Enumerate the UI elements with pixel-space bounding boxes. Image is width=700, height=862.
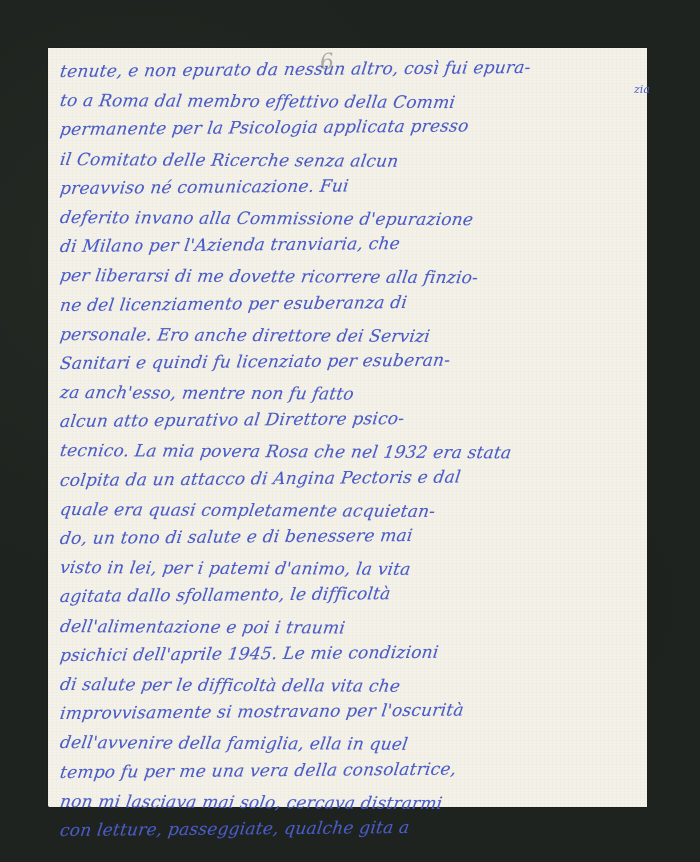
text-line: ne del licenziamento per esuberanza di — [58, 286, 653, 320]
text-line: agitata dallo sfollamento, le difficoltà — [58, 578, 653, 612]
text-line: con letture, passeggiate, qualche gita a — [58, 812, 653, 846]
text-line: preavviso né comunicazione. Fui — [58, 170, 653, 204]
text-line: Sanitari e quindi fu licenziato per esub… — [58, 345, 653, 379]
text-line: psichici dell'aprile 1945. Le mie condiz… — [58, 637, 653, 671]
text-line: alcun atto epurativo al Direttore psico- — [58, 403, 653, 437]
text-line: permanente per la Psicologia applicata p… — [58, 111, 653, 145]
text-line: colpita da un attacco di Angina Pectoris… — [58, 461, 653, 495]
text-line: di Milano per l'Azienda tranviaria, che — [58, 228, 653, 262]
text-line: tempo fu per me una vera della consolatr… — [58, 753, 653, 787]
text-line: improvvisamente si mostravano per l'oscu… — [58, 695, 653, 729]
handwritten-text: tenute, e non epurato da nessun altro, c… — [60, 58, 650, 846]
text-line: tenute, e non epurato da nessun altro, c… — [58, 53, 653, 87]
text-line: do, un tono di salute e di benessere mai — [58, 520, 653, 554]
